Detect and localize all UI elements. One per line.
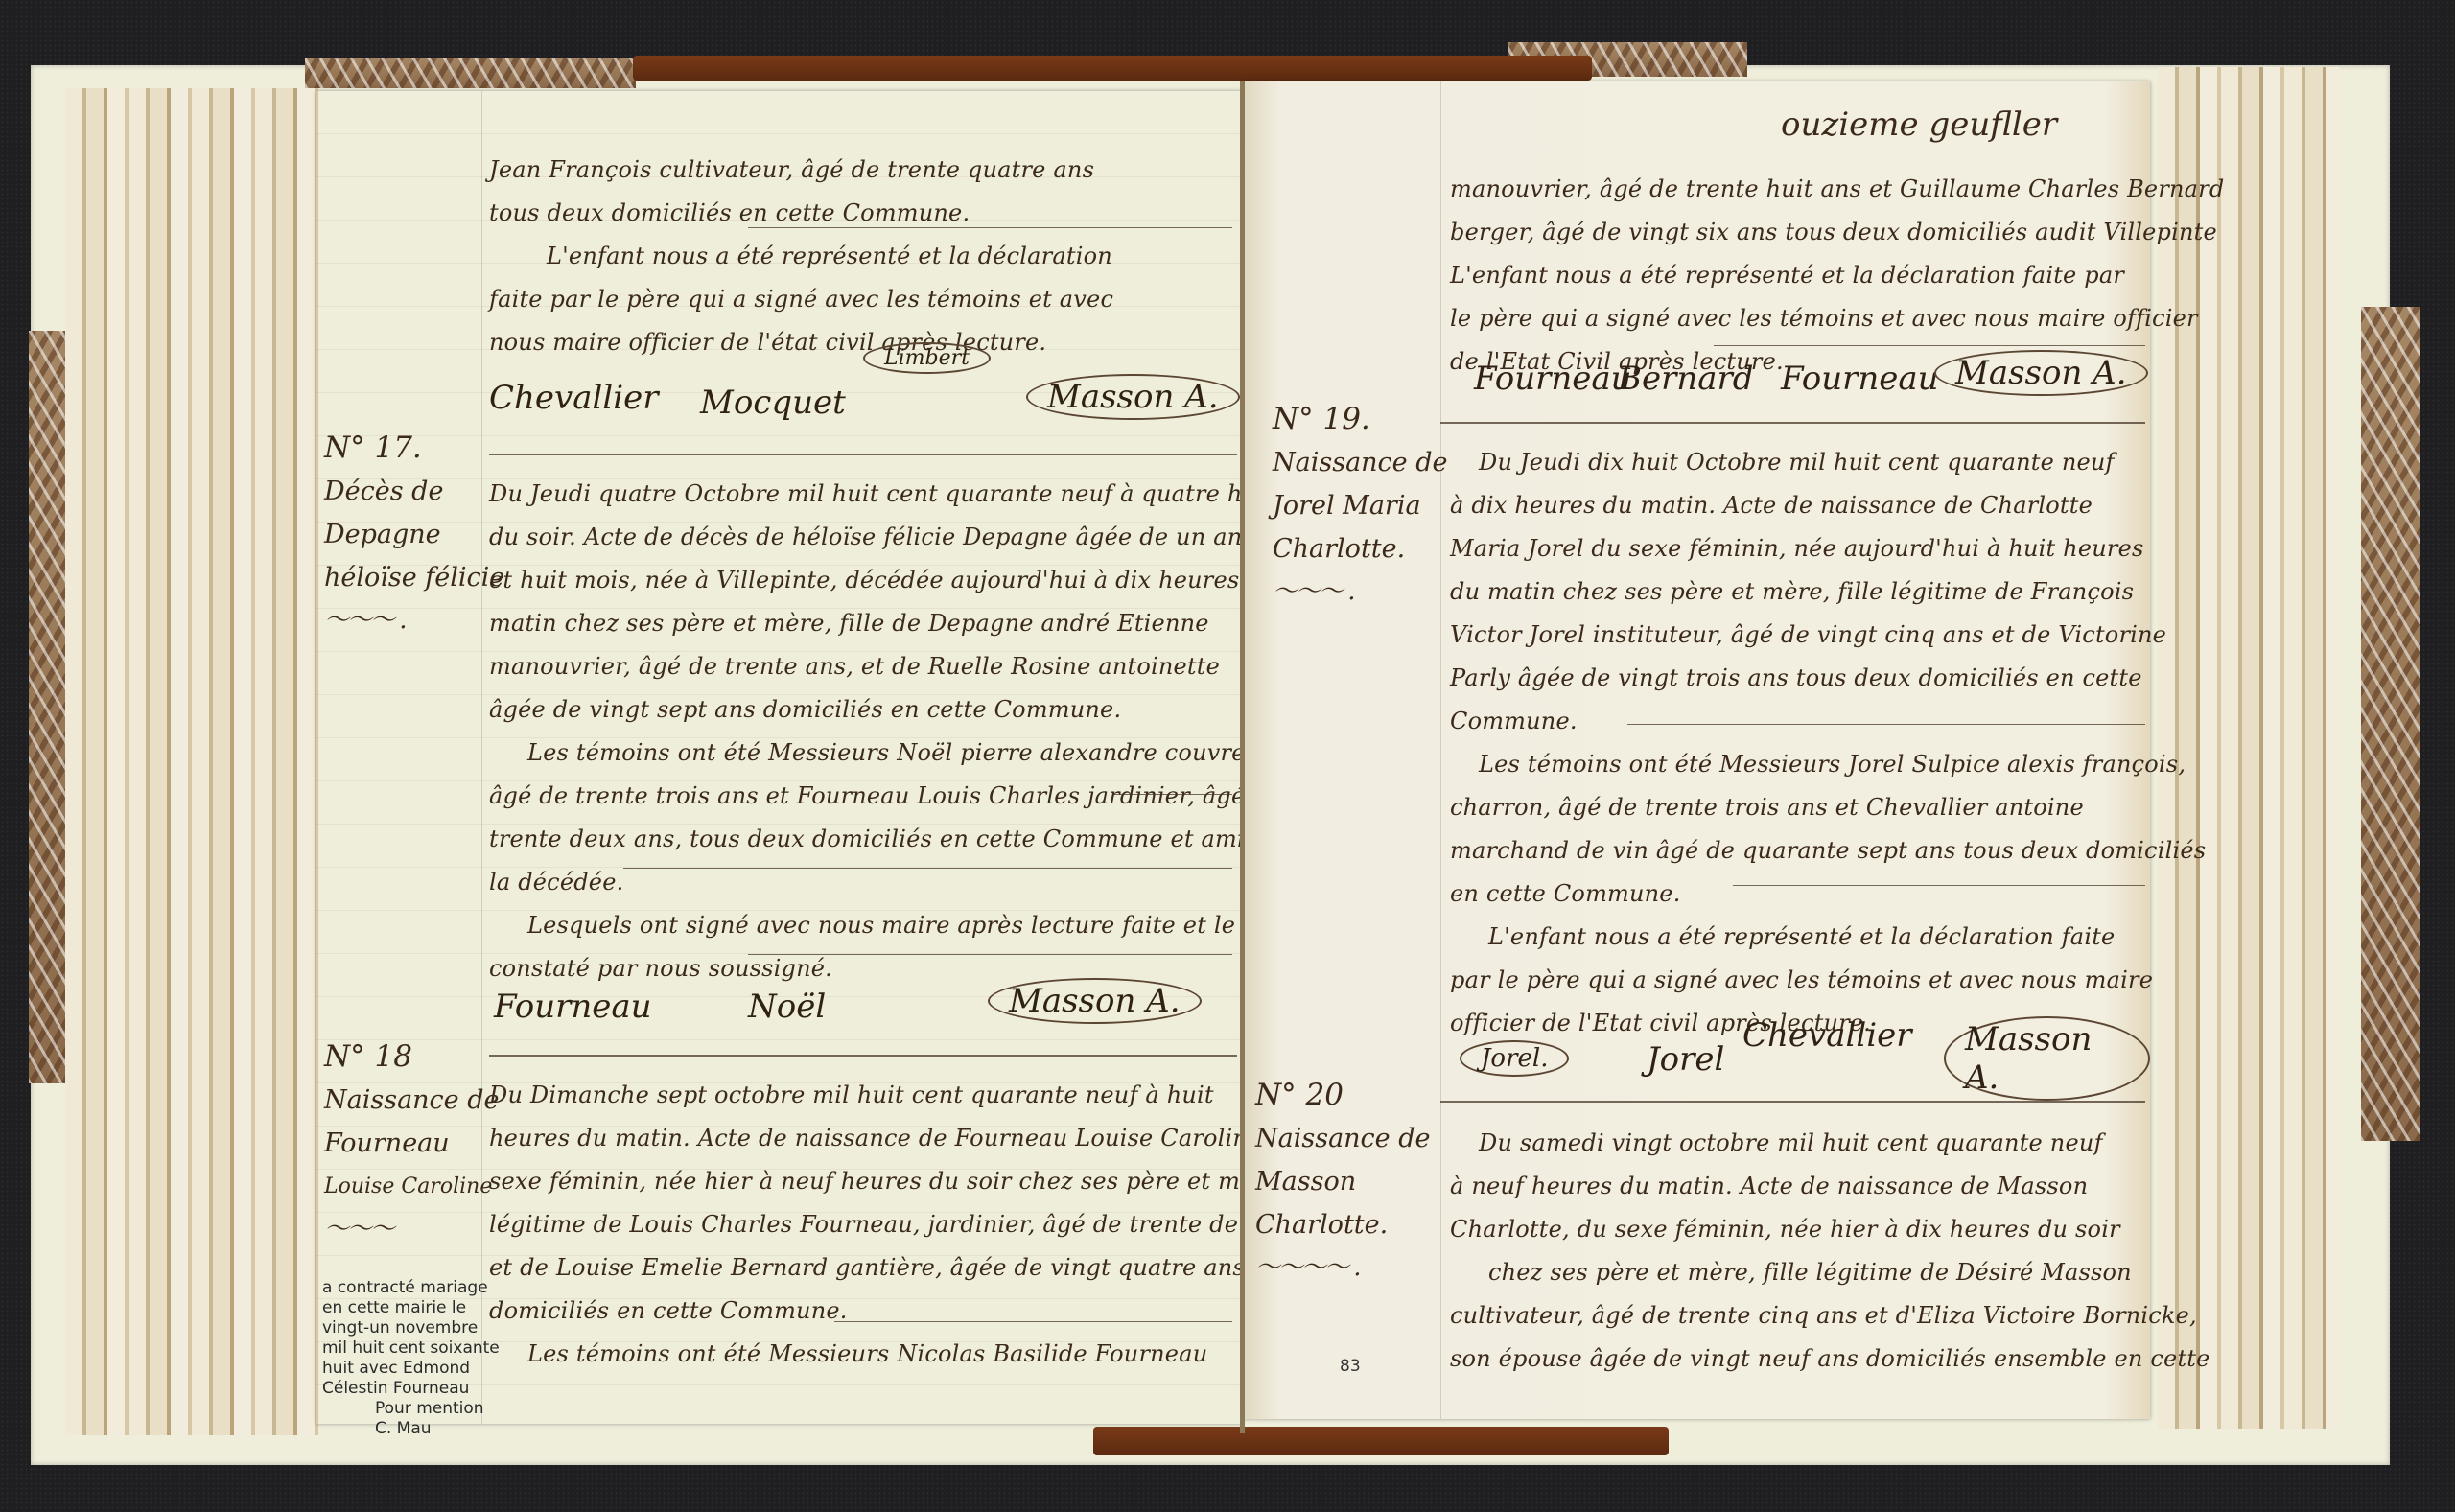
margin-name: Jorel Maria: [1273, 484, 1448, 527]
annotation-line: en cette mairie le: [322, 1298, 500, 1318]
margin-title: Naissance de: [1273, 441, 1448, 484]
text-line: matin chez ses père et mère, fille de De…: [489, 602, 1311, 645]
text-line: Victor Jorel instituteur, âgé de vingt c…: [1450, 614, 2206, 657]
margin-title: Naissance de: [324, 1079, 500, 1122]
margin-name: Depagne: [324, 513, 504, 556]
entry-19-text: Du Jeudi dix huit Octobre mil huit cent …: [1450, 441, 2206, 1045]
divider-rule: [623, 868, 1232, 869]
text-line: Maria Jorel du sexe féminin, née aujourd…: [1450, 527, 2206, 570]
entry-number: N° 18: [324, 1035, 500, 1079]
marbled-strip-left: [29, 331, 67, 1083]
right-continuation-text: manouvrier, âgé de trente huit ans et Gu…: [1450, 168, 2224, 384]
entry-separator: [489, 454, 1237, 455]
signature: Fourneau: [494, 988, 652, 1026]
text-line: par le père qui a signé avec les témoins…: [1450, 959, 2206, 1002]
entry-margin-20: N° 20 Naissance de Masson Charlotte. 〜〜〜…: [1255, 1074, 1431, 1246]
text-line: à neuf heures du matin. Acte de naissanc…: [1450, 1165, 2210, 1208]
margin-title: Naissance de: [1255, 1117, 1431, 1160]
marbled-strip-top-left: [305, 58, 636, 88]
text-line: heures du matin. Acte de naissance de Fo…: [489, 1117, 1339, 1160]
margin-line: [1440, 81, 1441, 1419]
annotation-line: huit avec Edmond: [322, 1359, 500, 1379]
divider-rule: [1627, 724, 2145, 725]
text-line: L'enfant nous a été représenté et la déc…: [1450, 916, 2206, 959]
entry-separator: [489, 1055, 1237, 1057]
margin-name: Charlotte.: [1273, 527, 1448, 570]
text-line: manouvrier, âgé de trente huit ans et Gu…: [1450, 168, 2224, 211]
leather-spine-bottom: [1093, 1427, 1669, 1455]
annotation-line: mil huit cent soixante: [322, 1338, 500, 1359]
entry-18-text: Du Dimanche sept octobre mil huit cent q…: [489, 1074, 1339, 1376]
marbled-strip-right: [2361, 307, 2420, 1141]
divider-rule: [834, 1321, 1232, 1322]
signature: Bernard: [1618, 360, 1754, 398]
divider-rule: [1733, 885, 2145, 886]
annotation-line: a contracté mariage: [322, 1278, 500, 1298]
text-line: trente deux ans, tous deux domiciliés en…: [489, 818, 1311, 861]
entry-number: N° 19.: [1273, 398, 1448, 441]
text-line: Les témoins ont été Messieurs Nicolas Ba…: [489, 1333, 1339, 1376]
text-line: sexe féminin, née hier à neuf heures du …: [489, 1160, 1339, 1203]
text-line: manouvrier, âgé de trente ans, et de Rue…: [489, 645, 1311, 688]
text-line: domiciliés en cette Commune.: [489, 1290, 1339, 1333]
annotation-line: Pour mention: [322, 1399, 500, 1419]
margin-line: [481, 91, 482, 1424]
signature: Chevallier: [489, 379, 659, 417]
mayor-signature: Masson A.: [988, 978, 1202, 1024]
text-line: nous maire officier de l'état civil aprè…: [489, 321, 1113, 364]
marginal-marriage-annotation: a contracté mariage en cette mairie le v…: [322, 1278, 500, 1439]
left-continuation-text: Jean François cultivateur, âgé de trente…: [489, 149, 1113, 364]
text-line: Commune.: [1450, 700, 2206, 743]
entry-number: N° 20: [1255, 1074, 1431, 1117]
text-line: Du Jeudi dix huit Octobre mil huit cent …: [1450, 441, 2206, 484]
text-line: cultivateur, âgé de trente cinq ans et d…: [1450, 1294, 2210, 1338]
entry-margin-19: N° 19. Naissance de Jorel Maria Charlott…: [1273, 398, 1448, 570]
text-line: Jean François cultivateur, âgé de trente…: [489, 149, 1113, 192]
left-page-stack: [65, 88, 319, 1435]
entry-margin-17: N° 17. Décès de Depagne héloïse félicie …: [324, 427, 504, 599]
entry-separator: [1440, 422, 2145, 424]
text-line: Du Dimanche sept octobre mil huit cent q…: [489, 1074, 1339, 1117]
text-line: Les témoins ont été Messieurs Jorel Sulp…: [1450, 743, 2206, 786]
text-line: faite par le père qui a signé avec les t…: [489, 278, 1113, 321]
text-line: légitime de Louis Charles Fourneau, jard…: [489, 1203, 1339, 1246]
mayor-signature: Masson A.: [1026, 374, 1240, 420]
text-line: berger, âgé de vingt six ans tous deux d…: [1450, 211, 2224, 254]
signature: Jorel: [1647, 1040, 1724, 1079]
text-line: son épouse âgée de vingt neuf ans domici…: [1450, 1338, 2210, 1381]
text-line: et de Louise Emelie Bernard gantière, âg…: [489, 1246, 1339, 1290]
margin-flourish: 〜〜〜: [324, 1208, 393, 1251]
entry-margin-18: N° 18 Naissance de Fourneau Louise Carol…: [324, 1035, 500, 1208]
signature: Chevallier: [1742, 1016, 1912, 1055]
text-line: du matin chez ses père et mère, fille lé…: [1450, 570, 2206, 614]
text-line: Charlotte, du sexe féminin, née hier à d…: [1450, 1208, 2210, 1251]
annotation-line: vingt-un novembre: [322, 1318, 500, 1338]
signature: Noël: [748, 988, 826, 1026]
text-line: L'enfant nous a été représenté et la déc…: [1450, 254, 2224, 297]
margin-name: héloïse félicie: [324, 556, 504, 599]
spine-gutter: [1240, 81, 1245, 1433]
margin-flourish: 〜〜〜〜 .: [1255, 1246, 1360, 1290]
margin-title: Décès de: [324, 470, 504, 513]
margin-flourish: 〜〜〜 .: [1273, 570, 1354, 614]
margin-name: Masson: [1255, 1160, 1431, 1203]
text-line: âgé de trente trois ans et Fourneau Loui…: [489, 775, 1311, 818]
text-line: Lesquels ont signé avec nous maire après…: [489, 904, 1311, 947]
signature: Fourneau: [1474, 360, 1632, 398]
text-line: du soir. Acte de décès de héloïse félici…: [489, 516, 1311, 559]
text-line: L'enfant nous a été représenté et la déc…: [489, 235, 1113, 278]
page-number: 83: [1340, 1357, 1361, 1376]
annotation-line: C. Mau: [322, 1419, 500, 1439]
margin-name: Louise Caroline: [324, 1165, 500, 1208]
left-page: Jean François cultivateur, âgé de trente…: [316, 91, 1242, 1424]
annotation-line: Célestin Fourneau: [322, 1379, 500, 1399]
text-line: le père qui a signé avec les témoins et …: [1450, 297, 2224, 340]
margin-flourish: 〜〜〜 .: [324, 599, 406, 642]
entry-17-text: Du Jeudi quatre Octobre mil huit cent qu…: [489, 473, 1311, 990]
text-line: âgée de vingt sept ans domiciliés en cet…: [489, 688, 1311, 732]
margin-name: Charlotte.: [1255, 1203, 1431, 1246]
entry-20-text: Du samedi vingt octobre mil huit cent qu…: [1450, 1122, 2210, 1381]
top-note: ouzieme geufller: [1781, 105, 2057, 144]
signature: Limbert: [863, 342, 991, 374]
text-line: charron, âgé de trente trois ans et Chev…: [1450, 786, 2206, 829]
leather-spine-top: [633, 56, 1592, 81]
signature: Jorel.: [1460, 1040, 1569, 1077]
right-page: ouzieme geufller manouvrier, âgé de tren…: [1244, 81, 2150, 1419]
text-line: chez ses père et mère, fille légitime de…: [1450, 1251, 2210, 1294]
entry-separator: [1440, 1101, 2145, 1103]
text-line: Du Jeudi quatre Octobre mil huit cent qu…: [489, 473, 1311, 516]
text-line: Du samedi vingt octobre mil huit cent qu…: [1450, 1122, 2210, 1165]
signature: Mocquet: [700, 384, 846, 422]
text-line: en cette Commune.: [1450, 872, 2206, 916]
signature: Fourneau: [1781, 360, 1939, 398]
text-line: à dix heures du matin. Acte de naissance…: [1450, 484, 2206, 527]
entry-number: N° 17.: [324, 427, 504, 470]
divider-rule: [748, 954, 1232, 955]
text-line: Parly âgée de vingt trois ans tous deux …: [1450, 657, 2206, 700]
divider-rule: [1112, 794, 1232, 795]
divider-rule: [748, 227, 1232, 228]
text-line: Les témoins ont été Messieurs Noël pierr…: [489, 732, 1311, 775]
margin-name: Fourneau: [324, 1122, 500, 1165]
text-line: marchand de vin âgé de quarante sept ans…: [1450, 829, 2206, 872]
text-line: tous deux domiciliés en cette Commune.: [489, 192, 1113, 235]
mayor-signature: Masson A.: [1944, 1016, 2150, 1101]
text-line: et huit mois, née à Villepinte, décédée …: [489, 559, 1311, 602]
mayor-signature: Masson A.: [1934, 350, 2148, 396]
divider-rule: [1714, 345, 2145, 346]
